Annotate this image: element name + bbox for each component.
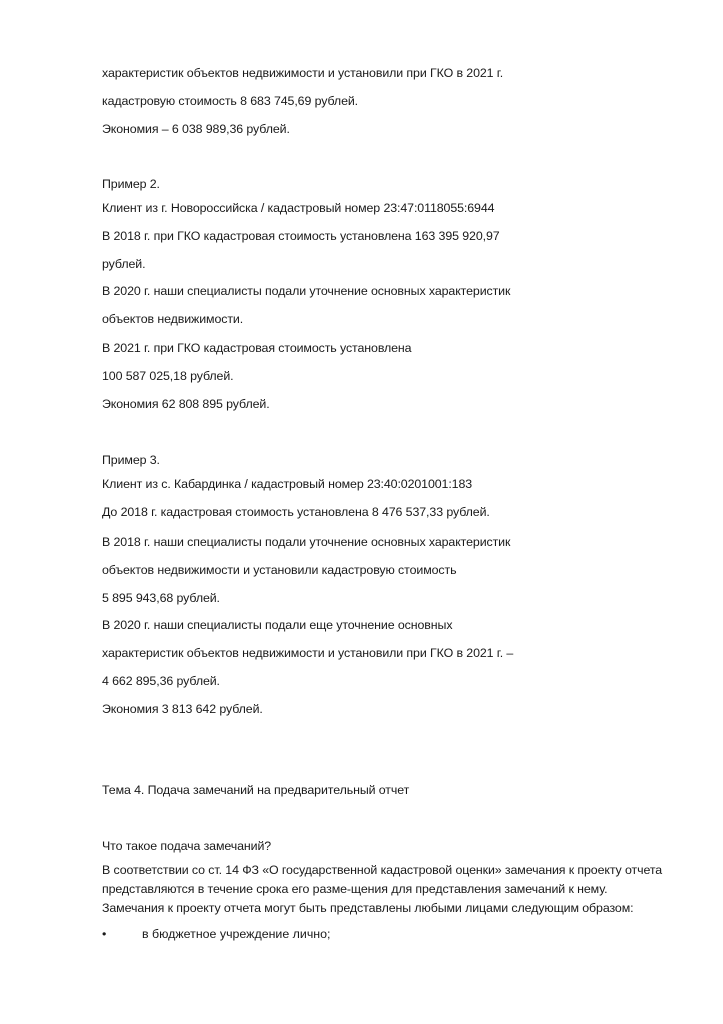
example2-line-value: 100 587 025,18 рублей.	[102, 368, 233, 384]
example2-client: Клиент из г. Новороссийска / кадастровый…	[102, 200, 494, 216]
example3-line-objects: объектов недвижимости и установили кадас…	[102, 562, 456, 578]
example3-heading: Пример 3.	[102, 452, 160, 468]
bullet-icon: •	[102, 926, 142, 942]
example3-line-characteristics: характеристик объектов недвижимости и ус…	[102, 645, 513, 661]
example3-line-value-2018: 5 895 943,68 рублей.	[102, 590, 220, 606]
topic4-paragraph-line-3: Замечания к проекту отчета могут быть пр…	[102, 900, 633, 916]
example2-savings: Экономия 62 808 895 рублей.	[102, 396, 270, 412]
intro-savings: Экономия – 6 038 989,36 рублей.	[102, 121, 290, 137]
topic4-paragraph-line-2: представляются в течение срока его разме…	[102, 881, 607, 897]
example2-heading: Пример 2.	[102, 176, 160, 192]
example2-line-2020: В 2020 г. наши специалисты подали уточне…	[102, 283, 510, 299]
topic4-question: Что такое подача замечаний?	[102, 838, 271, 854]
bullet-list-item: •в бюджетное учреждение лично;	[102, 926, 330, 942]
example3-line-2018: В 2018 г. наши специалисты подали уточне…	[102, 534, 510, 550]
example2-line-objects: объектов недвижимости.	[102, 311, 243, 327]
example3-line-2020: В 2020 г. наши специалисты подали еще ут…	[102, 617, 452, 633]
topic4-paragraph-line-1: В соответствии со ст. 14 ФЗ «О государст…	[102, 862, 662, 878]
example3-client: Клиент из с. Кабардинка / кадастровый но…	[102, 476, 472, 492]
intro-line-1: характеристик объектов недвижимости и ус…	[102, 65, 503, 81]
document-page: характеристик объектов недвижимости и ус…	[0, 0, 723, 1024]
example3-line-before-2018: До 2018 г. кадастровая стоимость установ…	[102, 504, 490, 520]
example2-line-rubles: рублей.	[102, 256, 145, 272]
example3-savings: Экономия 3 813 642 рублей.	[102, 701, 263, 717]
example2-line-2018: В 2018 г. при ГКО кадастровая стоимость …	[102, 228, 500, 244]
intro-line-2: кадастровую стоимость 8 683 745,69 рубле…	[102, 93, 358, 109]
topic4-heading: Тема 4. Подача замечаний на предваритель…	[102, 782, 409, 798]
example3-line-value-2021: 4 662 895,36 рублей.	[102, 673, 220, 689]
example2-line-2021: В 2021 г. при ГКО кадастровая стоимость …	[102, 340, 411, 356]
bullet-text: в бюджетное учреждение лично;	[142, 927, 330, 941]
